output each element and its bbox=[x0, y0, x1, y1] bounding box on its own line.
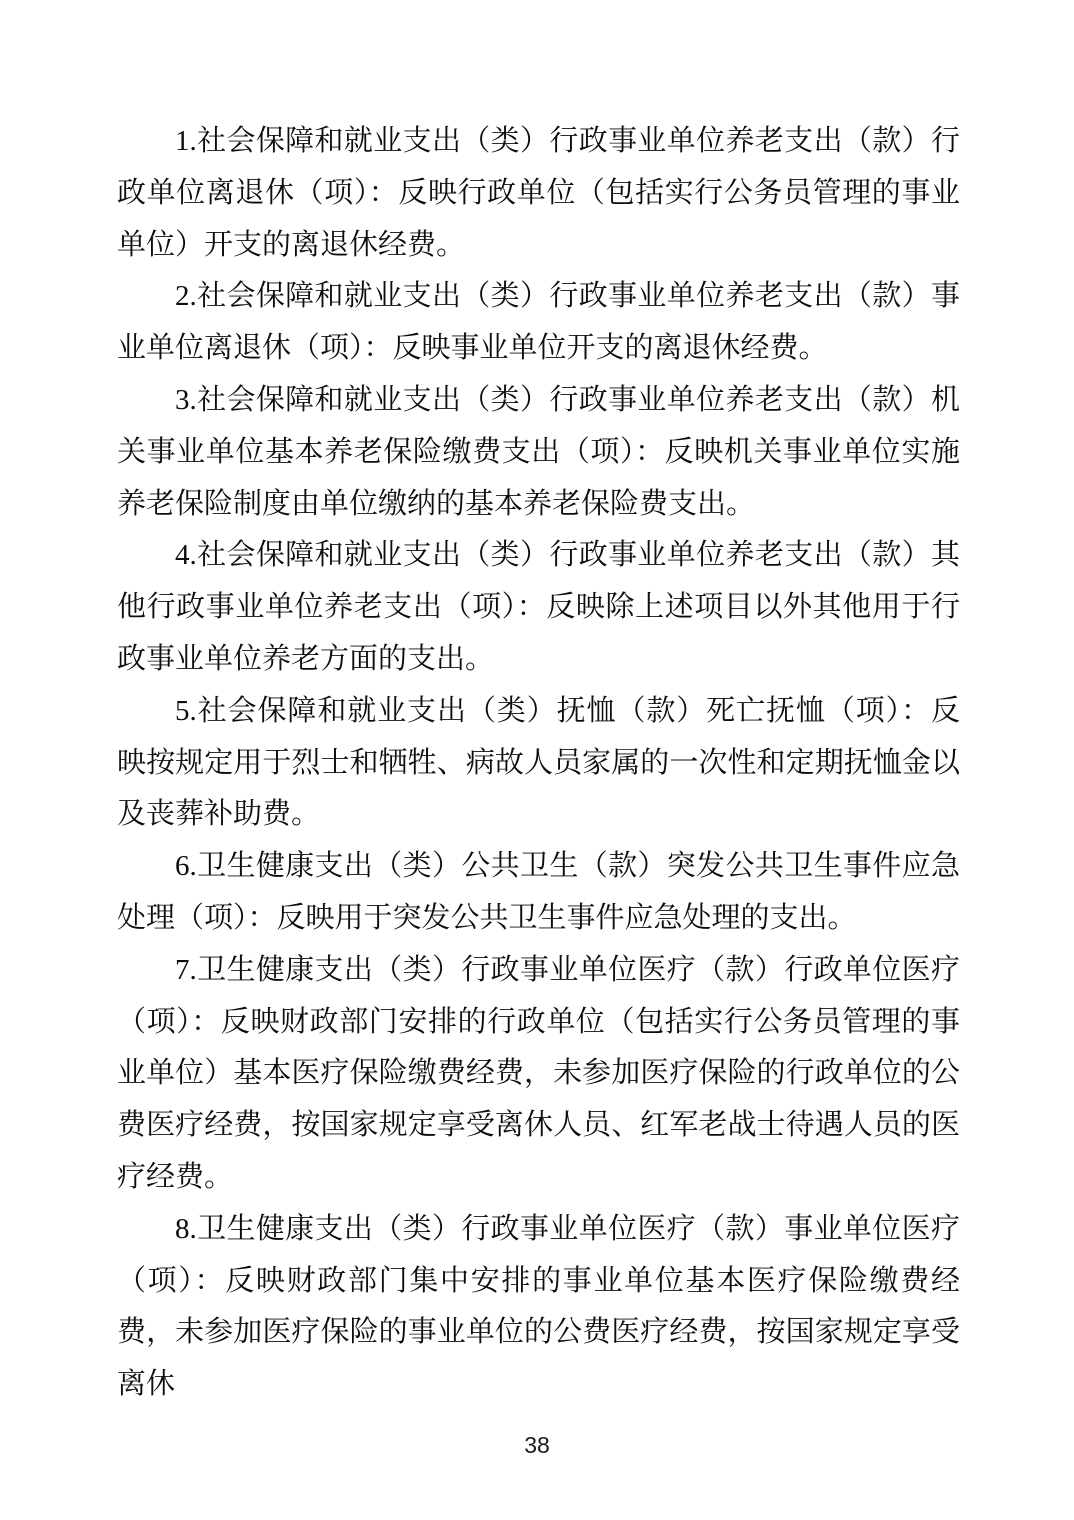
paragraph-4: 4.社会保障和就业支出（类）行政事业单位养老支出（款）其他行政事业单位养老支出（… bbox=[117, 530, 960, 685]
page-number: 38 bbox=[0, 1432, 1074, 1459]
paragraph-5: 5.社会保障和就业支出（类）抚恤（款）死亡抚恤（项）：反映按规定用于烈士和牺牲、… bbox=[117, 686, 960, 841]
paragraph-3: 3.社会保障和就业支出（类）行政事业单位养老支出（款）机关事业单位基本养老保险缴… bbox=[117, 375, 960, 530]
paragraph-6: 6.卫生健康支出（类）公共卫生（款）突发公共卫生事件应急处理（项）：反映用于突发… bbox=[117, 841, 960, 945]
document-page: 1.社会保障和就业支出（类）行政事业单位养老支出（款）行政单位离退休（项）：反映… bbox=[0, 0, 1074, 1520]
document-body: 1.社会保障和就业支出（类）行政事业单位养老支出（款）行政单位离退休（项）：反映… bbox=[117, 116, 960, 1411]
paragraph-1: 1.社会保障和就业支出（类）行政事业单位养老支出（款）行政单位离退休（项）：反映… bbox=[117, 116, 960, 271]
paragraph-7: 7.卫生健康支出（类）行政事业单位医疗（款）行政单位医疗（项）：反映财政部门安排… bbox=[117, 945, 960, 1204]
paragraph-8: 8.卫生健康支出（类）行政事业单位医疗（款）事业单位医疗（项）：反映财政部门集中… bbox=[117, 1204, 960, 1411]
paragraph-2: 2.社会保障和就业支出（类）行政事业单位养老支出（款）事业单位离退休（项）：反映… bbox=[117, 271, 960, 375]
